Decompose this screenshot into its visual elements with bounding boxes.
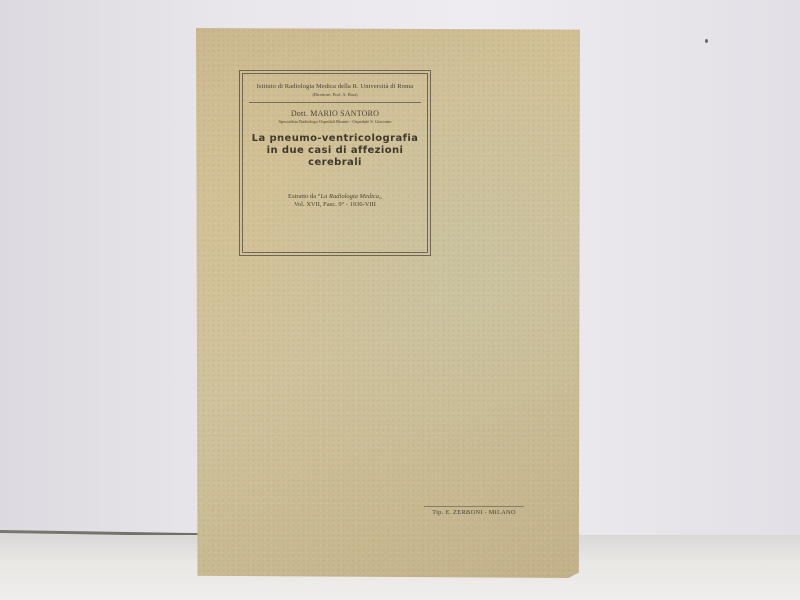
- printer-imprint: Tip. E. ZERBONI - MILANO: [418, 509, 530, 516]
- document-title: La pneumo-ventricolografia in due casi d…: [243, 133, 427, 169]
- title-line-1: La pneumo-ventricolografia: [243, 133, 427, 145]
- source-suffix: „: [379, 193, 382, 200]
- booklet-cover: Istituto di Radiologia Medica della R. U…: [196, 28, 580, 578]
- source-prefix: Estratto da “: [288, 193, 321, 200]
- printer-rule: [424, 506, 524, 507]
- title-line-2: in due casi di affezioni: [243, 145, 427, 157]
- author-affiliation: Specialista Radiologo Ospedali Riuniti -…: [243, 119, 427, 124]
- header-rule: [249, 102, 421, 103]
- title-line-3: cerebrali: [243, 157, 427, 169]
- institute-name: Istituto di Radiologia Medica della R. U…: [243, 83, 427, 90]
- journal-name: La Radiologia Medica: [321, 193, 380, 200]
- wall-speck: [705, 39, 708, 43]
- volume-info: Vol. XVII, Fasc. 9° - 1930-VIII: [243, 201, 427, 208]
- author-name: Dott. MARIO SANTORO: [243, 109, 427, 118]
- source-extract: Estratto da “La Radiologia Medica„: [243, 193, 427, 200]
- title-frame: Istituto di Radiologia Medica della R. U…: [242, 73, 428, 253]
- institute-director: (Direttore: Prof. A. Busi): [243, 92, 427, 97]
